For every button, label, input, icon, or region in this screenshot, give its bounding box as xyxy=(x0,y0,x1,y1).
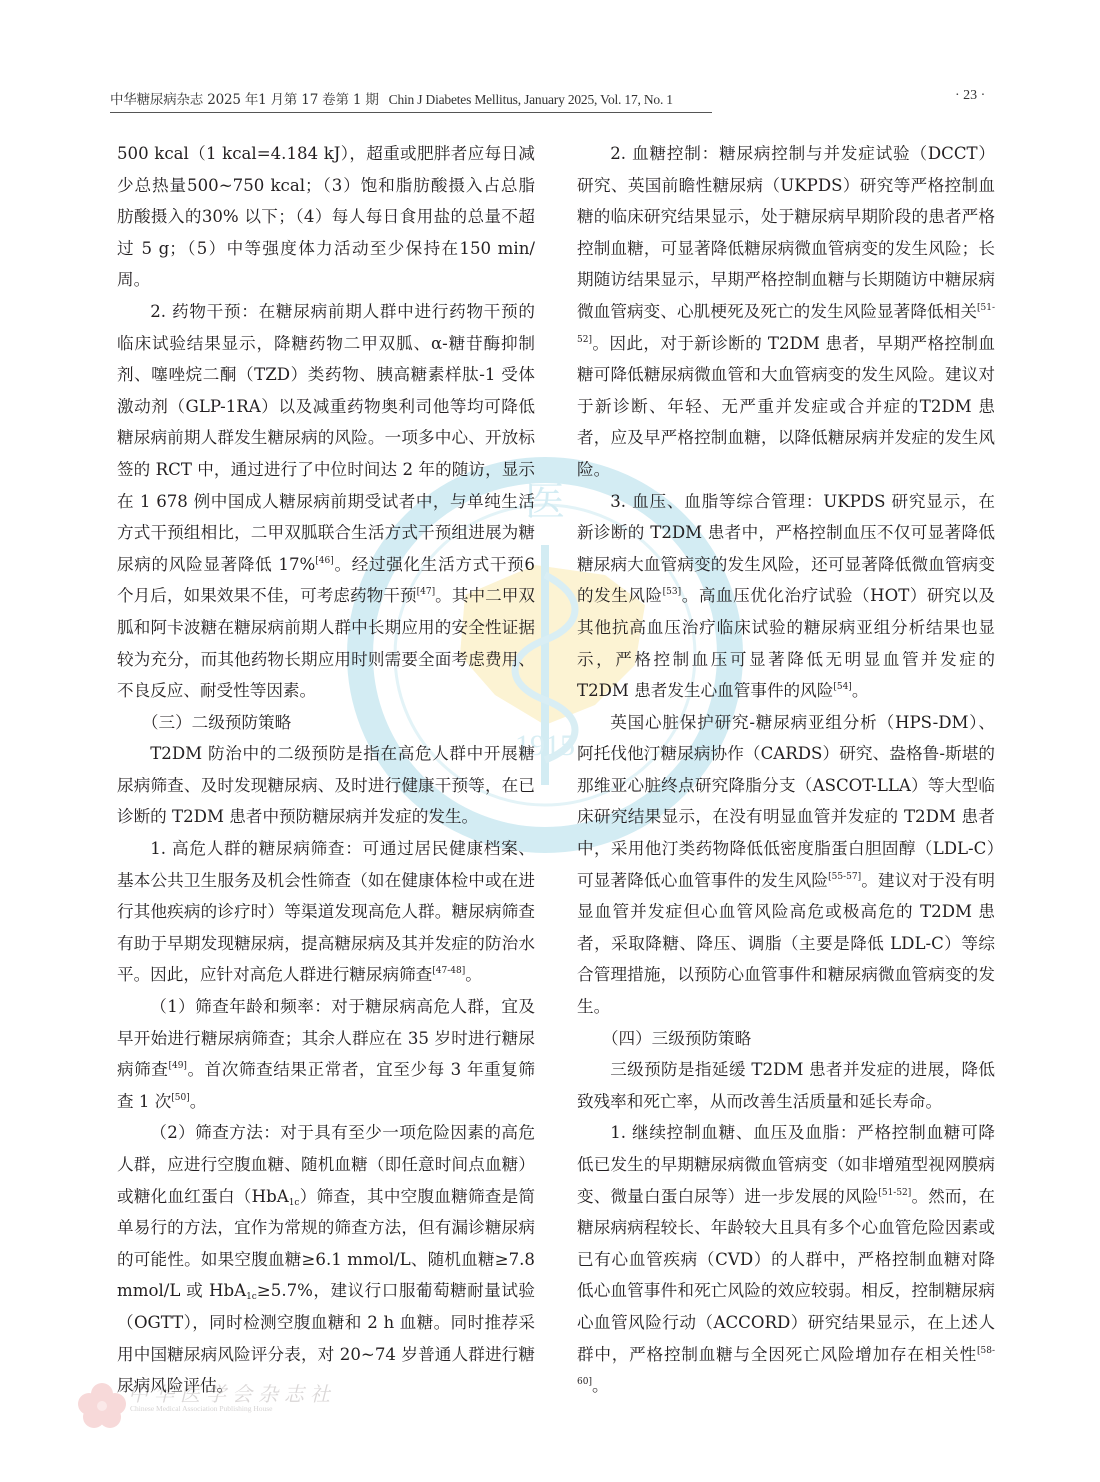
paragraph-continue-control: 1. 继续控制血糖、血压及血脂：严格控制血糖可降低已发生的早期糖尿病微血管病变（… xyxy=(577,1117,995,1401)
paragraph: 三级预防是指延缓 T2DM 患者并发症的进展，降低致残率和死亡率，从而改善生活质… xyxy=(577,1054,995,1117)
paragraph-screening: 1. 高危人群的糖尿病筛查：可通过居民健康档案、基本公共卫生服务及机会性筛查（如… xyxy=(117,833,535,991)
citation[interactable]: [46] xyxy=(315,556,333,566)
paragraph-screening-age: （1）筛查年龄和频率：对于糖尿病高危人群，宜及早开始进行糖尿病筛查；其余人群应在… xyxy=(117,991,535,1117)
section-heading-secondary-prevention: （三）二级预防策略 xyxy=(117,707,535,739)
citation[interactable]: [51-52] xyxy=(878,1188,911,1198)
journal-title-en: Chin J Diabetes Mellitus, January 2025, … xyxy=(389,92,673,107)
paragraph: 500 kcal（1 kcal=4.184 kJ），超重或肥胖者应每日减少总热量… xyxy=(117,138,535,296)
citation[interactable]: [49] xyxy=(168,1061,186,1071)
paragraph: T2DM 防治中的二级预防是指在高危人群中开展糖尿病筛查、及时发现糖尿病、及时进… xyxy=(117,738,535,833)
right-column: 2. 血糖控制：糖尿病控制与并发症试验（DCCT）研究、英国前瞻性糖尿病（UKP… xyxy=(577,138,995,1402)
paragraph-bp-lipid: 3. 血压、血脂等综合管理：UKPDS 研究显示，在新诊断的 T2DM 患者中，… xyxy=(577,486,995,707)
citation[interactable]: [47-48] xyxy=(432,966,465,976)
page-number: · 23 · xyxy=(955,88,985,104)
paragraph-screening-method: （2）筛查方法：对于具有至少一项危险因素的高危人群，应进行空腹血糖、随机血糖（即… xyxy=(117,1117,535,1401)
citation[interactable]: [50] xyxy=(171,1093,189,1103)
section-heading-tertiary-prevention: （四）三级预防策略 xyxy=(577,1023,995,1055)
paragraph-glucose-control: 2. 血糖控制：糖尿病控制与并发症试验（DCCT）研究、英国前瞻性糖尿病（UKP… xyxy=(577,138,995,486)
citation[interactable]: [55-57] xyxy=(828,872,861,882)
running-header: 中华糖尿病杂志 2025 年1 月第 17 卷第 1 期Chin J Diabe… xyxy=(110,88,712,113)
citation[interactable]: [53] xyxy=(663,587,681,597)
paragraph-statin: 英国心脏保护研究-糖尿病亚组分析（HPS-DM）、阿托伐他汀糖尿病协作（CARD… xyxy=(577,707,995,1023)
publisher-name-en: Chinese Medical Association Publishing H… xyxy=(130,1404,273,1413)
citation[interactable]: [47] xyxy=(417,587,435,597)
paragraph-drug-intervention: 2. 药物干预：在糖尿病前期人群中进行药物干预的临床试验结果显示，降糖药物二甲双… xyxy=(117,296,535,707)
journal-title-cn: 中华糖尿病杂志 2025 年1 月第 17 卷第 1 期 xyxy=(110,92,379,108)
citation[interactable]: [54] xyxy=(833,682,851,692)
left-column: 500 kcal（1 kcal=4.184 kJ），超重或肥胖者应每日减少总热量… xyxy=(117,138,535,1402)
